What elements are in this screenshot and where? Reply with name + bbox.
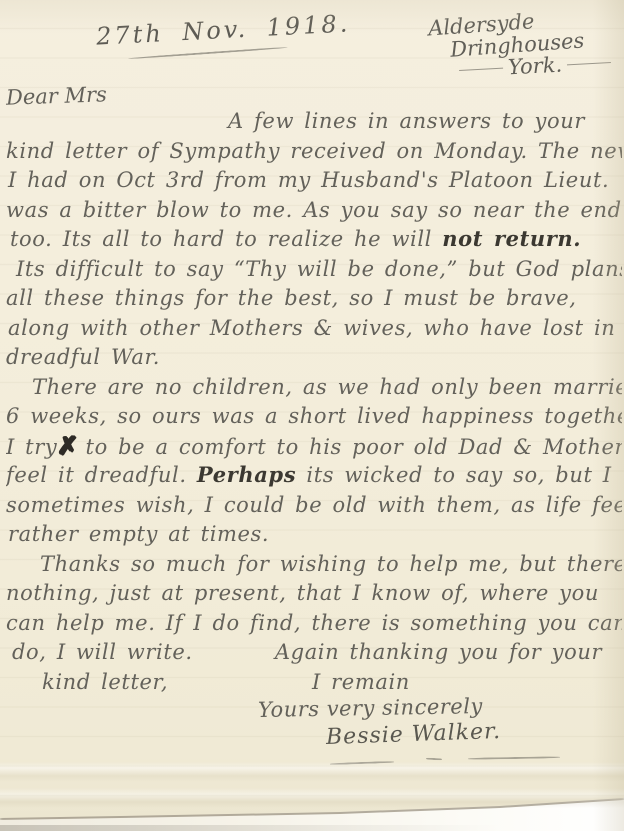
letter-line-pre: I try: [6, 435, 57, 459]
letter-line-pre: too. Its all to hard to realize he will: [10, 227, 442, 251]
letter-line-pre: A few lines in answers to your: [228, 109, 585, 133]
letter-line: was a bitter blow to me. As you say so n…: [6, 195, 622, 225]
letter-line-pre: 6 weeks, so ours was a short lived happi…: [6, 404, 622, 428]
letter-line: too. Its all to hard to realize he will …: [6, 224, 622, 254]
letter-line: kind letter of Sympathy received on Mond…: [6, 136, 622, 166]
letter-line-pre: kind letter of Sympathy received on Mond…: [6, 139, 622, 163]
letter-line: nothing, just at present, that I know of…: [6, 578, 622, 608]
letter-line-emph: Perhaps: [197, 462, 296, 487]
pen-dash: [567, 62, 611, 65]
letter-line-pre: I had on Oct 3rd from my Husband's Plato…: [8, 168, 609, 192]
letter-line: A few lines in answers to your: [6, 106, 622, 136]
letter-line: can help me. If I do find, there is some…: [6, 608, 622, 638]
signoff: Yours very sincerely: [258, 694, 483, 722]
letter-line: Its difficult to say “Thy will be done,”…: [6, 254, 622, 284]
letter-line: Thanks so much for wishing to help me, b…: [6, 549, 622, 579]
letter-line: I had on Oct 3rd from my Husband's Plato…: [6, 165, 622, 195]
letter-line: sometimes wish, I could be old with them…: [6, 490, 622, 520]
letter-line: do, I will write. Again thanking you for…: [6, 637, 622, 667]
letter-line-pre: feel it dreadful.: [6, 463, 197, 487]
letter-line-pre: do, I will write. Again thanking you for…: [12, 640, 602, 664]
letter-line: all these things for the best, so I must…: [6, 283, 622, 313]
letter-line: I try✗ to be a comfort to his poor old D…: [6, 431, 622, 461]
letter-line-pre: nothing, just at present, that I know of…: [6, 581, 599, 605]
letter-line-emph: not return.: [442, 226, 581, 251]
letter-line-pre: sometimes wish, I could be old with them…: [6, 493, 622, 517]
letter-line-pre: all these things for the best, so I must…: [6, 286, 577, 310]
letter-body: A few lines in answers to yourkind lette…: [6, 106, 622, 696]
letter-line-post: to be a comfort to his poor old Dad & Mo…: [75, 435, 622, 459]
letter-line-pre: dreadful War.: [6, 345, 160, 369]
letter-line-pre: There are no children, as we had only be…: [32, 375, 622, 399]
letter-line-pre: Thanks so much for wishing to help me, b…: [40, 552, 622, 576]
letter-line: kind letter, I remain: [6, 667, 622, 697]
letter-line-pre: was a bitter blow to me. As you say so n…: [6, 198, 622, 222]
letter-line-post: its wicked to say so, but I: [296, 463, 612, 487]
letter-line: feel it dreadful. Perhaps its wicked to …: [6, 460, 622, 490]
letter-line-emph: ✗: [57, 431, 75, 460]
pen-dash: [459, 67, 503, 70]
letter-line: along with other Mothers & wives, who ha…: [6, 313, 622, 343]
letter-line: There are no children, as we had only be…: [6, 372, 622, 402]
letter-line-pre: along with other Mothers & wives, who ha…: [8, 316, 622, 340]
letter-line-pre: kind letter, I remain: [42, 670, 410, 694]
letter-line-pre: can help me. If I do find, there is some…: [6, 611, 622, 635]
sender-address: Aldersyde Dringhouses York.: [428, 10, 616, 78]
letter-line-pre: Its difficult to say “Thy will be done,”…: [16, 257, 622, 281]
address-line-text: York.: [507, 53, 562, 80]
letter-line: rather empty at times.: [6, 519, 622, 549]
scanned-letter: 27th Nov. 1918. Aldersyde Dringhouses Yo…: [0, 0, 624, 831]
letter-line: dreadful War.: [6, 342, 622, 372]
letter-line: 6 weeks, so ours was a short lived happi…: [6, 401, 622, 431]
letter-line-pre: rather empty at times.: [8, 522, 269, 546]
